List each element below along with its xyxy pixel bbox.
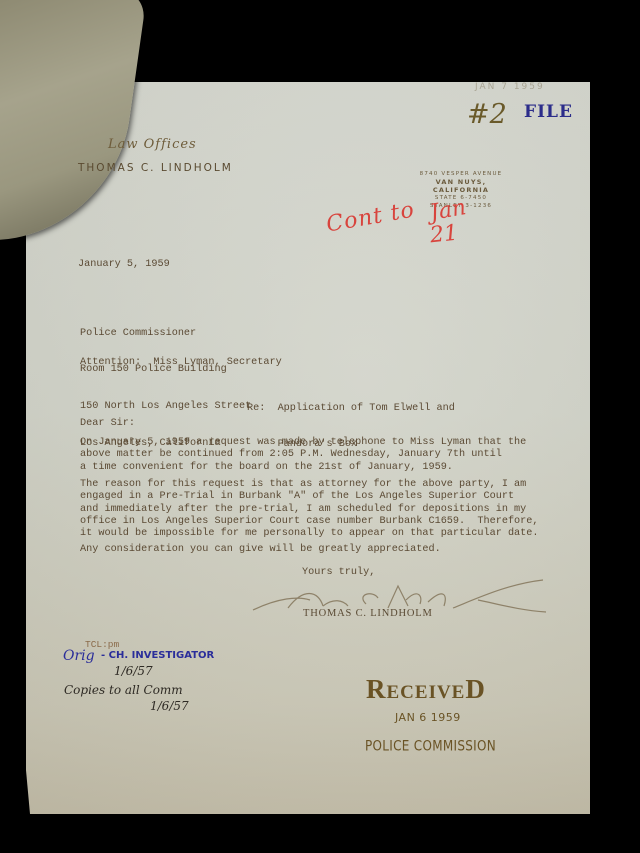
- paragraph-1: On January 5, 1959 a request was made by…: [80, 437, 526, 474]
- faint-date-stamp: JAN 7 1959: [475, 82, 545, 92]
- investigator-stamp: - CH. INVESTIGATOR: [101, 650, 214, 661]
- letterhead-name: THOMAS C. LINDHOLM: [78, 162, 233, 174]
- letterhead-street: 8740 VESPER AVENUE: [412, 170, 510, 178]
- letter-date: January 5, 1959: [78, 259, 170, 271]
- addressee-line: Police Commissioner: [80, 328, 251, 340]
- signer-name: THOMAS C. LINDHOLM: [303, 608, 433, 619]
- received-date: JAN 6 1959: [395, 711, 461, 724]
- orig-note: Orig: [63, 648, 95, 664]
- received-stamp: RECEIVED: [366, 674, 486, 705]
- paragraph-3: Any consideration you can give will be g…: [80, 544, 441, 556]
- copies-note: Copies to all Comm: [64, 683, 183, 697]
- received-organization: POLICE COMMISSION: [365, 738, 496, 754]
- subject-line-1: Re: Application of Tom Elwell and: [247, 403, 455, 415]
- file-number-handwritten: #2: [467, 99, 507, 130]
- salutation: Dear Sir:: [80, 418, 135, 430]
- letterhead-city: VAN NUYS, CALIFORNIA: [412, 178, 510, 194]
- received-first-letter: R: [366, 674, 387, 704]
- letterhead-script: Law Offices: [108, 137, 197, 152]
- received-middle: ECEIVE: [387, 682, 466, 703]
- investigator-date: 1/6/57: [114, 664, 153, 678]
- attention-line: Attention: Miss Lyman, Secretary: [80, 357, 282, 369]
- copies-date: 1/6/57: [150, 699, 189, 713]
- file-stamp: FILE: [524, 102, 573, 122]
- received-last-letter: D: [465, 674, 486, 704]
- paragraph-2: The reason for this request is that as a…: [80, 479, 539, 540]
- red-note-day: 21: [429, 221, 459, 249]
- addressee-line: 150 North Los Angeles Street: [80, 401, 251, 413]
